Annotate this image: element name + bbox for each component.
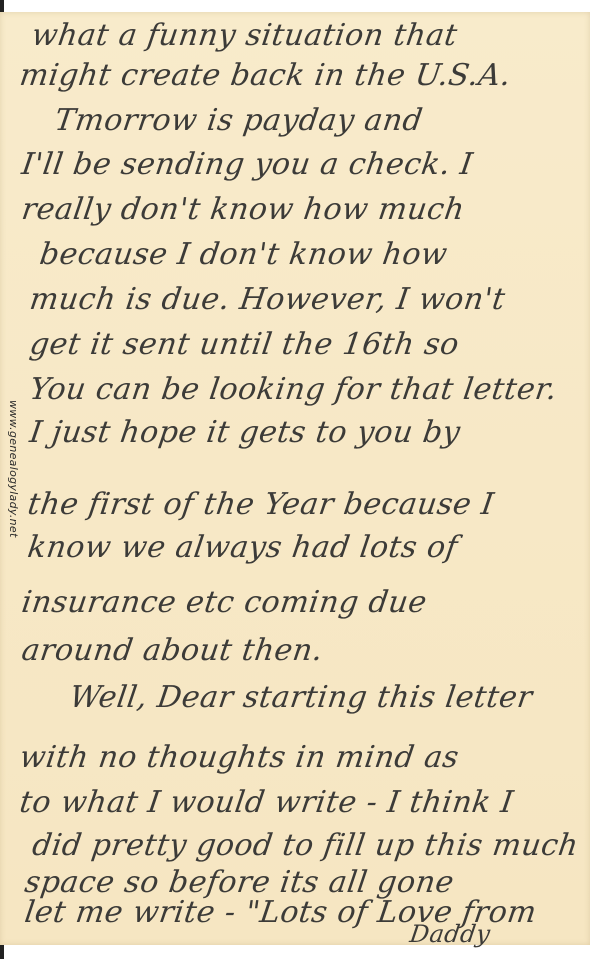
letter-line: really don't know how much bbox=[20, 192, 467, 227]
letter-line: because I don't know how bbox=[38, 237, 450, 272]
letter-line: what a funny situation that bbox=[30, 18, 460, 53]
letter-line: You can be looking for that letter. bbox=[28, 372, 560, 407]
letter-line: Tmorrow is payday and bbox=[53, 103, 425, 138]
letter-line: know we always had lots of bbox=[26, 530, 460, 565]
signature: Daddy bbox=[408, 920, 492, 948]
scan-edge-mark bbox=[0, 0, 4, 12]
letter-line: with no thoughts in mind as bbox=[18, 740, 462, 775]
letter-line: Well, Dear starting this letter bbox=[68, 680, 535, 715]
letter-line: insurance etc coming due bbox=[20, 585, 430, 620]
scan-page: www.genealogylady.net what a funny situa… bbox=[0, 0, 597, 959]
letter-line: to what I would write - I think I bbox=[18, 785, 516, 820]
letter-line: around about then. bbox=[20, 633, 326, 668]
letter-line: get it sent until the 16th so bbox=[28, 327, 462, 362]
letter-line: much is due. However, I won't bbox=[28, 282, 508, 317]
watermark-text: www.genealogylady.net bbox=[2, 400, 20, 600]
scan-edge-mark bbox=[0, 945, 4, 959]
letter-line: might create back in the U.S.A. bbox=[18, 58, 514, 93]
letter-line: did pretty good to fill up this much bbox=[30, 828, 581, 863]
letter-line: I just hope it gets to you by bbox=[28, 415, 463, 450]
letter-line: the first of the Year because I bbox=[26, 487, 497, 522]
letter-line: I'll be sending you a check. I bbox=[20, 147, 476, 182]
